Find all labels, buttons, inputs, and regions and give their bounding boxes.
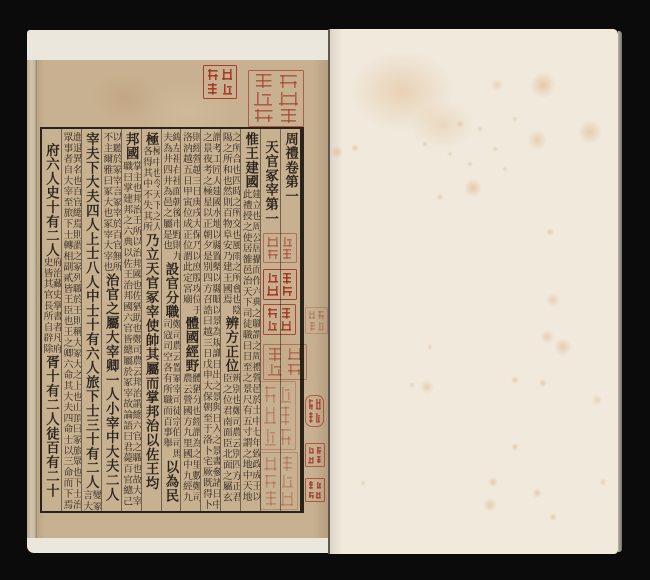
seal-glyph — [277, 73, 302, 89]
seal-glyph — [308, 321, 316, 331]
commentary-note: 緯左祖右社面朝後市野則九夫為井四井為邑之屬是也 — [162, 132, 181, 262]
seal-glyph — [251, 73, 276, 89]
seal-glyph — [280, 490, 296, 507]
seal-glyph — [206, 83, 220, 97]
seal-glyph — [280, 320, 293, 332]
seal-glyph — [308, 491, 315, 500]
commentary-note: 極中也令天下之人各得其中不失其所 — [142, 146, 161, 233]
text-column: 之所合也四時之所交也風雨之所會也陰陽之所和也然則百物阜安乃建王國焉 辨方正位 辨… — [221, 129, 241, 511]
seal-glyph — [279, 405, 294, 425]
text-column: 緯左祖右社面朝後市野則九夫為井四井為邑之屬是也 設官分職 鄭司農云置冢宰司徒宗伯… — [162, 129, 182, 511]
volume-title: 周禮卷第一 — [282, 132, 300, 204]
seal-glyph — [263, 473, 279, 490]
seal-glyph — [308, 398, 314, 411]
seal-glyph — [263, 384, 278, 404]
seal-glyph — [266, 236, 280, 248]
seal-glyph — [266, 347, 285, 362]
seal-glyph — [308, 310, 316, 320]
seal-glyph — [251, 108, 276, 124]
seal-glyph — [281, 285, 295, 297]
commentary-note: 則經營越三日庚戌大保乃以庶殷攻位于洛汭越五日甲寅位成正位謂此定宮廟 — [182, 132, 201, 316]
collector-seal — [305, 307, 328, 334]
classic-text: 治官之屬大宰卿一人小宰中大夫二人 — [102, 273, 120, 502]
seal-glyph — [286, 347, 305, 362]
seal-glyph — [308, 456, 315, 465]
seal-glyph — [263, 490, 279, 507]
seal-glyph — [206, 68, 220, 82]
seal-glyph — [317, 310, 325, 320]
seal-glyph — [266, 307, 279, 319]
seal-glyph — [308, 481, 315, 490]
collector-seal — [260, 452, 298, 510]
text-column: 極 極中也令天下之人各得其中不失其所 乃立天官冢宰使帥其屬而掌邦治以佐王均 — [142, 129, 162, 511]
seal-glyph — [266, 285, 280, 297]
seal-glyph — [281, 236, 295, 248]
seal-glyph — [279, 427, 294, 447]
left-leaf-edge — [27, 60, 37, 538]
seal-glyph — [221, 83, 235, 97]
classic-text: 設官分職 — [162, 262, 180, 319]
commentary-note: 謂考工匠人建國水地以縣置槷以縣眡以景為規識日出之景與日入之景晝參諸日中之景夜考之… — [201, 132, 220, 511]
commentary-note: 鄭司農云置冢宰司徒宗伯司馬司寇司空各有所職而百事舉 — [162, 319, 181, 460]
classic-text: 極 — [142, 132, 160, 146]
collector-seal — [263, 233, 297, 263]
seal-glyph — [279, 384, 294, 404]
text-column: 以聽於冢宰言冢宰於百官無所不主爾雅曰冢大也冢宰大宰也 治官之屬大宰卿一人小宰中大… — [102, 129, 122, 511]
seal-glyph — [316, 446, 323, 455]
seal-glyph — [286, 363, 305, 378]
commentary-note: 以聽於冢宰言冢宰於百官無所不主爾雅曰冢大也冢宰大宰也 — [102, 132, 121, 273]
seal-glyph — [251, 90, 276, 106]
seal-glyph — [281, 272, 295, 284]
classic-text: 體國經野 — [182, 316, 200, 373]
seal-glyph — [316, 491, 323, 500]
seal-glyph — [221, 68, 235, 82]
commentary-note: 掌主也邦治王所以治邦國也佐猶助也鄭司農云邦治謂總六官之職也故大宰職曰掌建邦之六典… — [122, 161, 141, 507]
seal-glyph — [277, 108, 302, 124]
page-stack-edge — [618, 31, 622, 552]
commentary-note: 建立也周公居攝而作六典之職謂之周禮營邑於土中七年致政成王以此禮授之使居雒邑治天下… — [241, 189, 260, 503]
collector-seal — [305, 478, 325, 502]
text-column: 府六人史十有二人 府治藏史掌書者凡府史皆其官長所自辟除 胥十有二人徒百有二十 — [42, 129, 62, 511]
seal-glyph — [266, 272, 280, 284]
seal-glyph — [316, 456, 323, 465]
seal-glyph — [280, 307, 293, 319]
seal-glyph — [317, 321, 325, 331]
seal-glyph — [277, 90, 302, 106]
collector-seal — [263, 304, 296, 335]
collector-seal — [260, 381, 296, 450]
text-column: 宰夫下大夫四人上士八人中士十有六人旅下士三十有二人 變冢言大 — [82, 129, 102, 511]
seal-glyph — [263, 405, 278, 425]
section-title: 天官冢宰第一 — [262, 140, 280, 226]
commentary-note: 辨別也鄭司農云別四方正君臣之位君南面臣北面之屬玄 — [221, 373, 240, 503]
classic-text: 惟王建國 — [242, 132, 260, 189]
classic-text: 府六人史十有二人 — [42, 143, 60, 257]
seal-glyph — [316, 481, 323, 490]
collector-seal — [248, 70, 304, 127]
text-column: 惟王建國 建立也周公居攝而作六典之職謂之周禮營邑於土中七年致政成王以此禮授之使居… — [241, 129, 261, 511]
classic-text: 宰夫下大夫四人上士八人中士十有六人旅下士三十有二人 — [82, 132, 100, 490]
commentary-note: 進退異名也百官總焉則謂之冢列職於王則稱大冢大之上也山頂曰冢旅眾也下士治眾事者自大… — [62, 132, 81, 511]
collector-seal — [263, 269, 297, 300]
seal-glyph — [263, 455, 279, 472]
commentary-note: 體猶分也經謂為之里數鄭司農云營國方九里國中九經九 — [182, 373, 201, 503]
text-column: 邦國 掌主也邦治王所以治邦國也佐猶助也鄭司農云邦治謂總六官之職也故大宰職曰掌建邦… — [122, 129, 142, 511]
commentary-note: 之所合也四時之所交也風雨之所會也陰陽之所和也然則百物阜安乃建王國焉 — [221, 132, 240, 316]
classic-text: 以為民 — [162, 460, 180, 503]
seal-glyph — [308, 412, 314, 425]
commentary-note: 變冢言大 — [82, 490, 101, 512]
text-column: 則經營越三日庚戌大保乃以庶殷攻位于洛汭越五日甲寅位成正位謂此定宮廟 體國經野 體… — [181, 129, 201, 511]
collector-seal — [203, 65, 237, 99]
seal-glyph — [266, 320, 279, 332]
classic-text: 邦國 — [122, 132, 140, 161]
seal-glyph — [315, 398, 321, 411]
seal-glyph — [266, 363, 285, 378]
classic-text: 乃立天官冢宰使帥其屬而掌邦治以佐王均 — [142, 233, 160, 490]
collector-seal — [263, 344, 307, 380]
seal-glyph — [266, 249, 280, 261]
seal-glyph — [308, 446, 315, 455]
seal-glyph — [315, 412, 321, 425]
commentary-note: 府治藏史掌書者凡府史皆其官長所自辟除 — [42, 257, 61, 355]
seal-glyph — [281, 249, 295, 261]
seal-glyph — [280, 473, 296, 490]
text-column: 進退異名也百官總焉則謂之冢列職於王則稱大冢大之上也山頂曰冢旅眾也下士治眾事者自大… — [62, 129, 82, 511]
collector-seal — [305, 443, 325, 467]
seal-glyph — [263, 427, 278, 447]
classic-text: 辨方正位 — [222, 316, 240, 373]
seal-glyph — [280, 455, 296, 472]
blank-right-leaf — [330, 29, 618, 554]
text-column: 謂考工匠人建國水地以縣置槷以縣眡以景為規識日出之景與日入之景晝參諸日中之景夜考之… — [201, 129, 221, 511]
collector-seal — [305, 395, 324, 427]
classic-text: 胥十有二人徒百有二十 — [42, 355, 60, 498]
